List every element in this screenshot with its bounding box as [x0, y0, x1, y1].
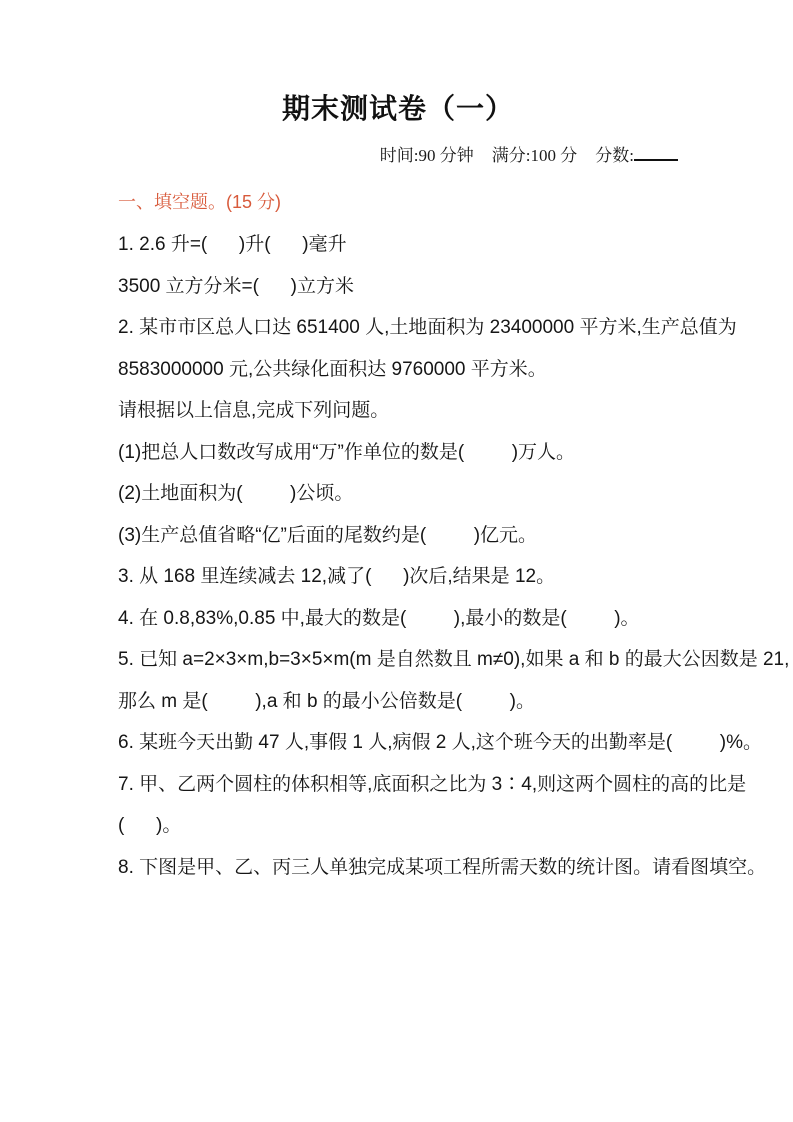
score-label: 分数:: [595, 143, 634, 169]
page-title: 期末测试卷（一）: [118, 90, 678, 130]
question-list: 1. 2.6 升=( )升( )毫升 3500 立方分米=( )立方米 2. 某…: [118, 224, 678, 888]
q8-line: 8. 下图是甲、乙、丙三人单独完成某项工程所需天数的统计图。请看图填空。: [118, 847, 678, 889]
exam-time-label: 时间:90 分钟: [380, 143, 474, 169]
q2-sub3: (3)生产总值省略“亿”后面的尾数约是( )亿元。: [118, 515, 678, 557]
q4-line: 4. 在 0.8,83%,0.85 中,最大的数是( ),最小的数是( )。: [118, 598, 678, 640]
q2-sub1: (1)把总人口数改写成用“万”作单位的数是( )万人。: [118, 432, 678, 474]
q1-line1: 1. 2.6 升=( )升( )毫升: [118, 224, 678, 266]
q1-line2: 3500 立方分米=( )立方米: [118, 266, 678, 308]
q7-line1: 7. 甲、乙两个圆柱的体积相等,底面积之比为 3∶4,则这两个圆柱的高的比是: [118, 764, 678, 806]
q3-line: 3. 从 168 里连续减去 12,减了( )次后,结果是 12。: [118, 556, 678, 598]
q2-info-line: 请根据以上信息,完成下列问题。: [118, 390, 678, 432]
q5-line2: 那么 m 是( ),a 和 b 的最小公倍数是( )。: [118, 681, 678, 723]
exam-fullscore-label: 满分:100 分: [492, 143, 577, 169]
section-1-heading: 一、填空题。(15 分): [118, 190, 678, 214]
score-group: 分数:: [595, 142, 678, 169]
q2-line1: 2. 某市市区总人口达 651400 人,土地面积为 23400000 平方米,…: [118, 307, 678, 349]
exam-meta: 时间:90 分钟 满分:100 分 分数:: [118, 142, 678, 168]
q2-line2: 8583000000 元,公共绿化面积达 9760000 平方米。: [118, 349, 678, 391]
test-paper-page: 期末测试卷（一） 时间:90 分钟 满分:100 分 分数: 一、填空题。(15…: [0, 0, 793, 1122]
score-blank-line: [634, 142, 678, 161]
q2-sub2: (2)土地面积为( )公顷。: [118, 473, 678, 515]
q5-line1: 5. 已知 a=2×3×m,b=3×5×m(m 是自然数且 m≠0),如果 a …: [118, 639, 678, 681]
q6-line: 6. 某班今天出勤 47 人,事假 1 人,病假 2 人,这个班今天的出勤率是(…: [118, 722, 678, 764]
q7-line2: ( )。: [118, 805, 678, 847]
